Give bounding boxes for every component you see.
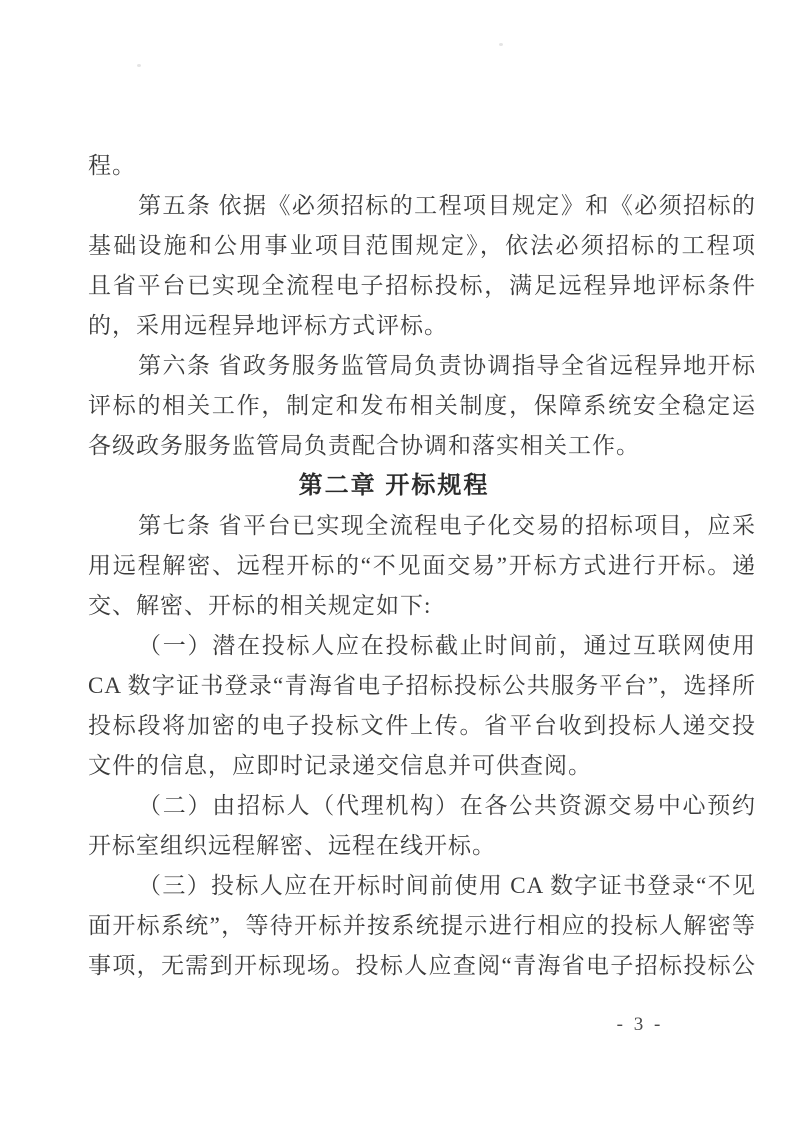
doc-line: 文件的信息，应即时记录递交信息并可供查阅。 <box>88 746 756 786</box>
doc-line: （三）投标人应在开标时间前使用 CA 数字证书登录“不见 <box>88 866 756 906</box>
doc-line: 第六条 省政务服务监管局负责协调指导全省远程异地开标 <box>88 346 756 386</box>
doc-line: CA 数字证书登录“青海省电子招标投标公共服务平台”，选择所 <box>88 666 756 706</box>
doc-line: 面开标系统”，等待开标并按系统提示进行相应的投标人解密等 <box>88 906 756 946</box>
doc-line: 的，采用远程异地评标方式评标。 <box>88 306 756 346</box>
doc-line: 评标的相关工作，制定和发布相关制度，保障系统安全稳定运行。 <box>88 386 756 426</box>
doc-line: 第五条 依据《必须招标的工程项目规定》和《必须招标的 <box>88 186 756 226</box>
scan-speck <box>499 43 503 46</box>
page-footer: - 3 - <box>585 1014 695 1036</box>
document-text: 程。 第五条 依据《必须招标的工程项目规定》和《必须招标的 基础设施和公用事业项… <box>88 146 756 986</box>
doc-line: 投标段将加密的电子投标文件上传。省平台收到投标人递交投标 <box>88 706 756 746</box>
doc-line: 第七条 省平台已实现全流程电子化交易的招标项目，应采 <box>88 506 756 546</box>
chapter-heading: 第二章 开标规程 <box>32 466 756 506</box>
doc-line: 程。 <box>88 146 756 186</box>
doc-line: 基础设施和公用事业项目范围规定》，依法必须招标的工程项目， <box>88 226 756 266</box>
page-number: - 3 - <box>617 1014 664 1035</box>
doc-line: （二）由招标人（代理机构）在各公共资源交易中心预约的 <box>88 786 756 826</box>
doc-line: （一）潜在投标人应在投标截止时间前，通过互联网使用 <box>88 626 756 666</box>
scanned-document-page: 程。 第五条 依据《必须招标的工程项目规定》和《必须招标的 基础设施和公用事业项… <box>0 0 793 1121</box>
scan-speck <box>137 64 141 67</box>
doc-line: 各级政务服务监管局负责配合协调和落实相关工作。 <box>88 426 756 466</box>
doc-line: 且省平台已实现全流程电子招标投标，满足远程异地评标条件 <box>88 266 756 306</box>
doc-line: 事项，无需到开标现场。投标人应查阅“青海省电子招标投标公 <box>88 946 756 986</box>
doc-line: 交、解密、开标的相关规定如下: <box>88 586 756 626</box>
doc-line: 开标室组织远程解密、远程在线开标。 <box>88 826 756 866</box>
doc-line: 用远程解密、远程开标的“不见面交易”开标方式进行开标。递 <box>88 546 756 586</box>
